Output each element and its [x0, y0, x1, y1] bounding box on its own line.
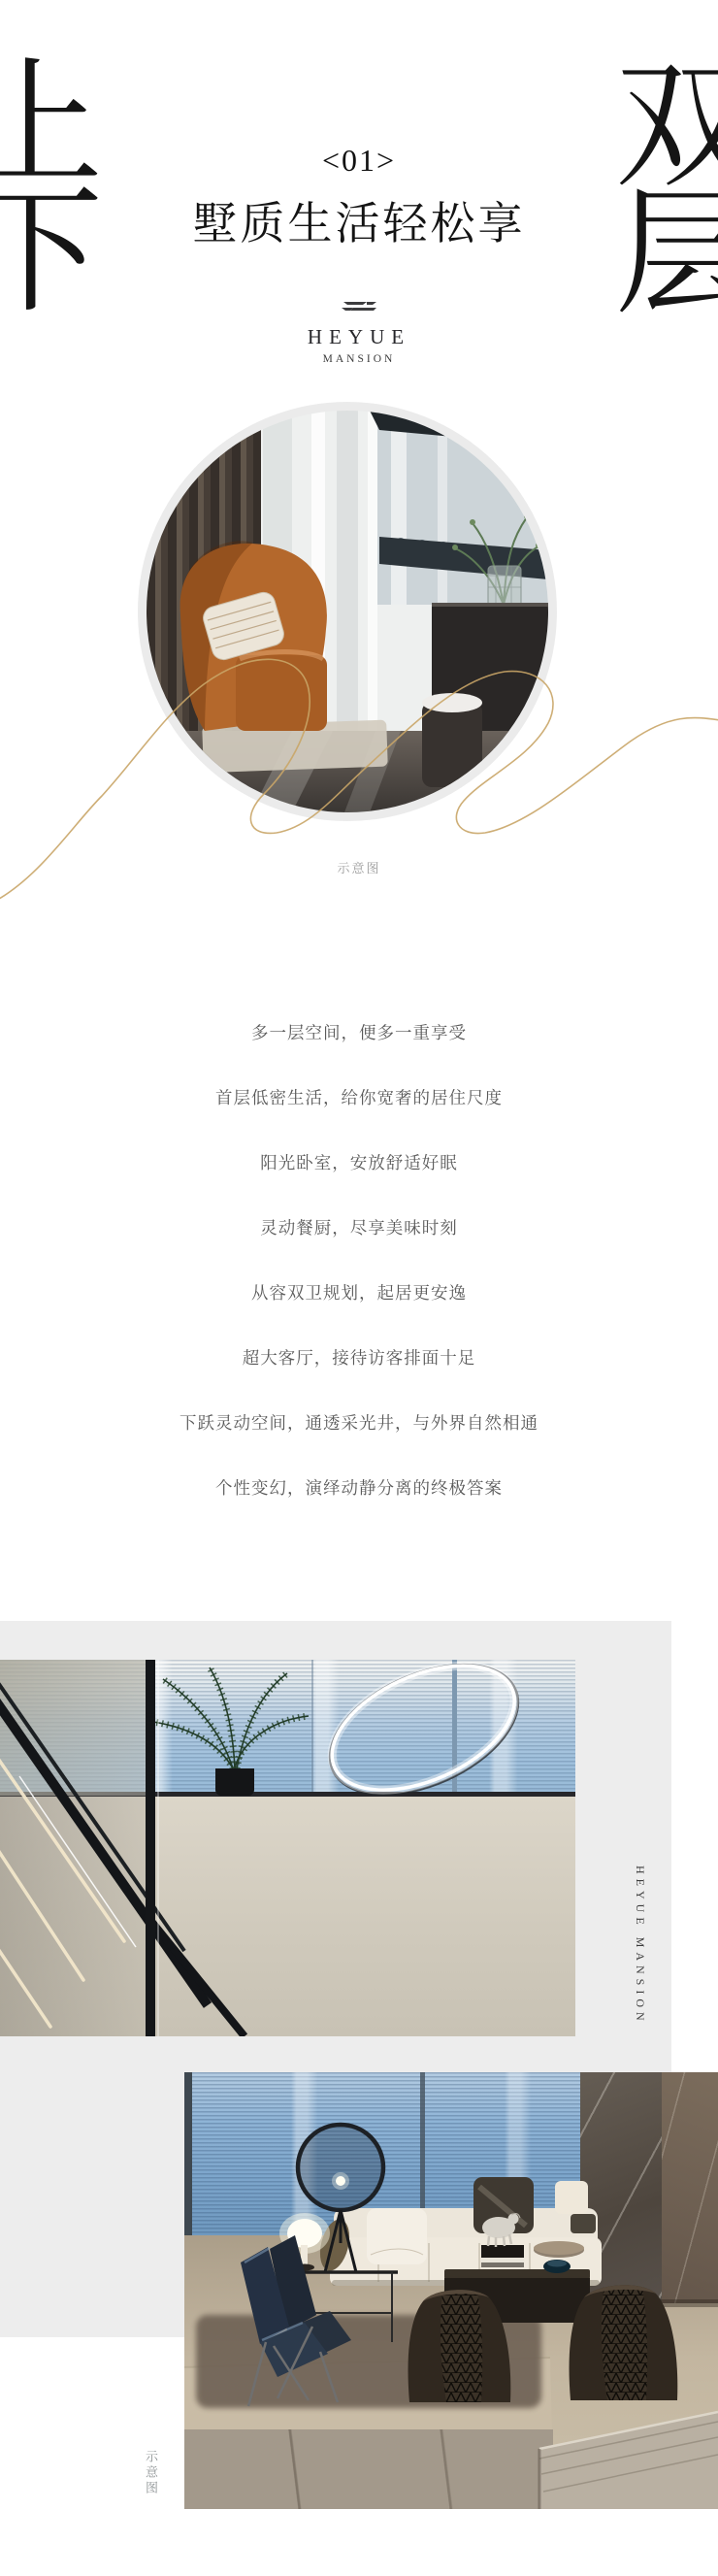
hero-photo	[138, 402, 557, 821]
page-title: 墅质生活轻松享	[0, 188, 718, 252]
stairwell-illustration	[0, 1660, 575, 2036]
feature-line: 多一层空间，便多一重享受	[0, 1001, 718, 1066]
gallery-photo-living-room	[184, 2072, 718, 2509]
feature-line: 灵动餐厨，尽享美味时刻	[0, 1196, 718, 1261]
gallery-photo-stairwell	[0, 1660, 575, 2036]
feature-line: 下跃灵动空间，通透采光井，与外界自然相通	[0, 1391, 718, 1456]
logo-brand-text: HEYUE	[0, 325, 718, 349]
living-room-illustration	[184, 2072, 718, 2509]
section-index: <01>	[0, 143, 718, 179]
feature-line: 超大客厅，接待访客排面十足	[0, 1326, 718, 1391]
hero-photo-caption: 示意图	[0, 858, 718, 876]
hero-photo-illustration	[147, 411, 548, 812]
promo-page: 上 下 双 层 <01> 墅质生活轻松享 HEYUE MANSION	[0, 0, 718, 2576]
logo-sub-text: MANSION	[0, 353, 718, 365]
feature-line: 个性变幻，演绎动静分离的终极答案	[0, 1456, 718, 1521]
feature-line: 首层低密生活，给你宽奢的居住尺度	[0, 1066, 718, 1131]
brand-logo: HEYUE MANSION	[0, 299, 718, 365]
feature-list: 多一层空间，便多一重享受 首层低密生活，给你宽奢的居住尺度 阳光卧室，安放舒适好…	[0, 1001, 718, 1521]
feature-line: 从容双卫规划，起居更安逸	[0, 1261, 718, 1326]
feature-line: 阳光卧室，安放舒适好眠	[0, 1131, 718, 1196]
vertical-brand-text: HEYUE MANSION	[633, 1866, 647, 2050]
heyue-emblem-icon	[338, 299, 380, 314]
gallery-photo-caption: 示意图	[142, 2450, 160, 2496]
